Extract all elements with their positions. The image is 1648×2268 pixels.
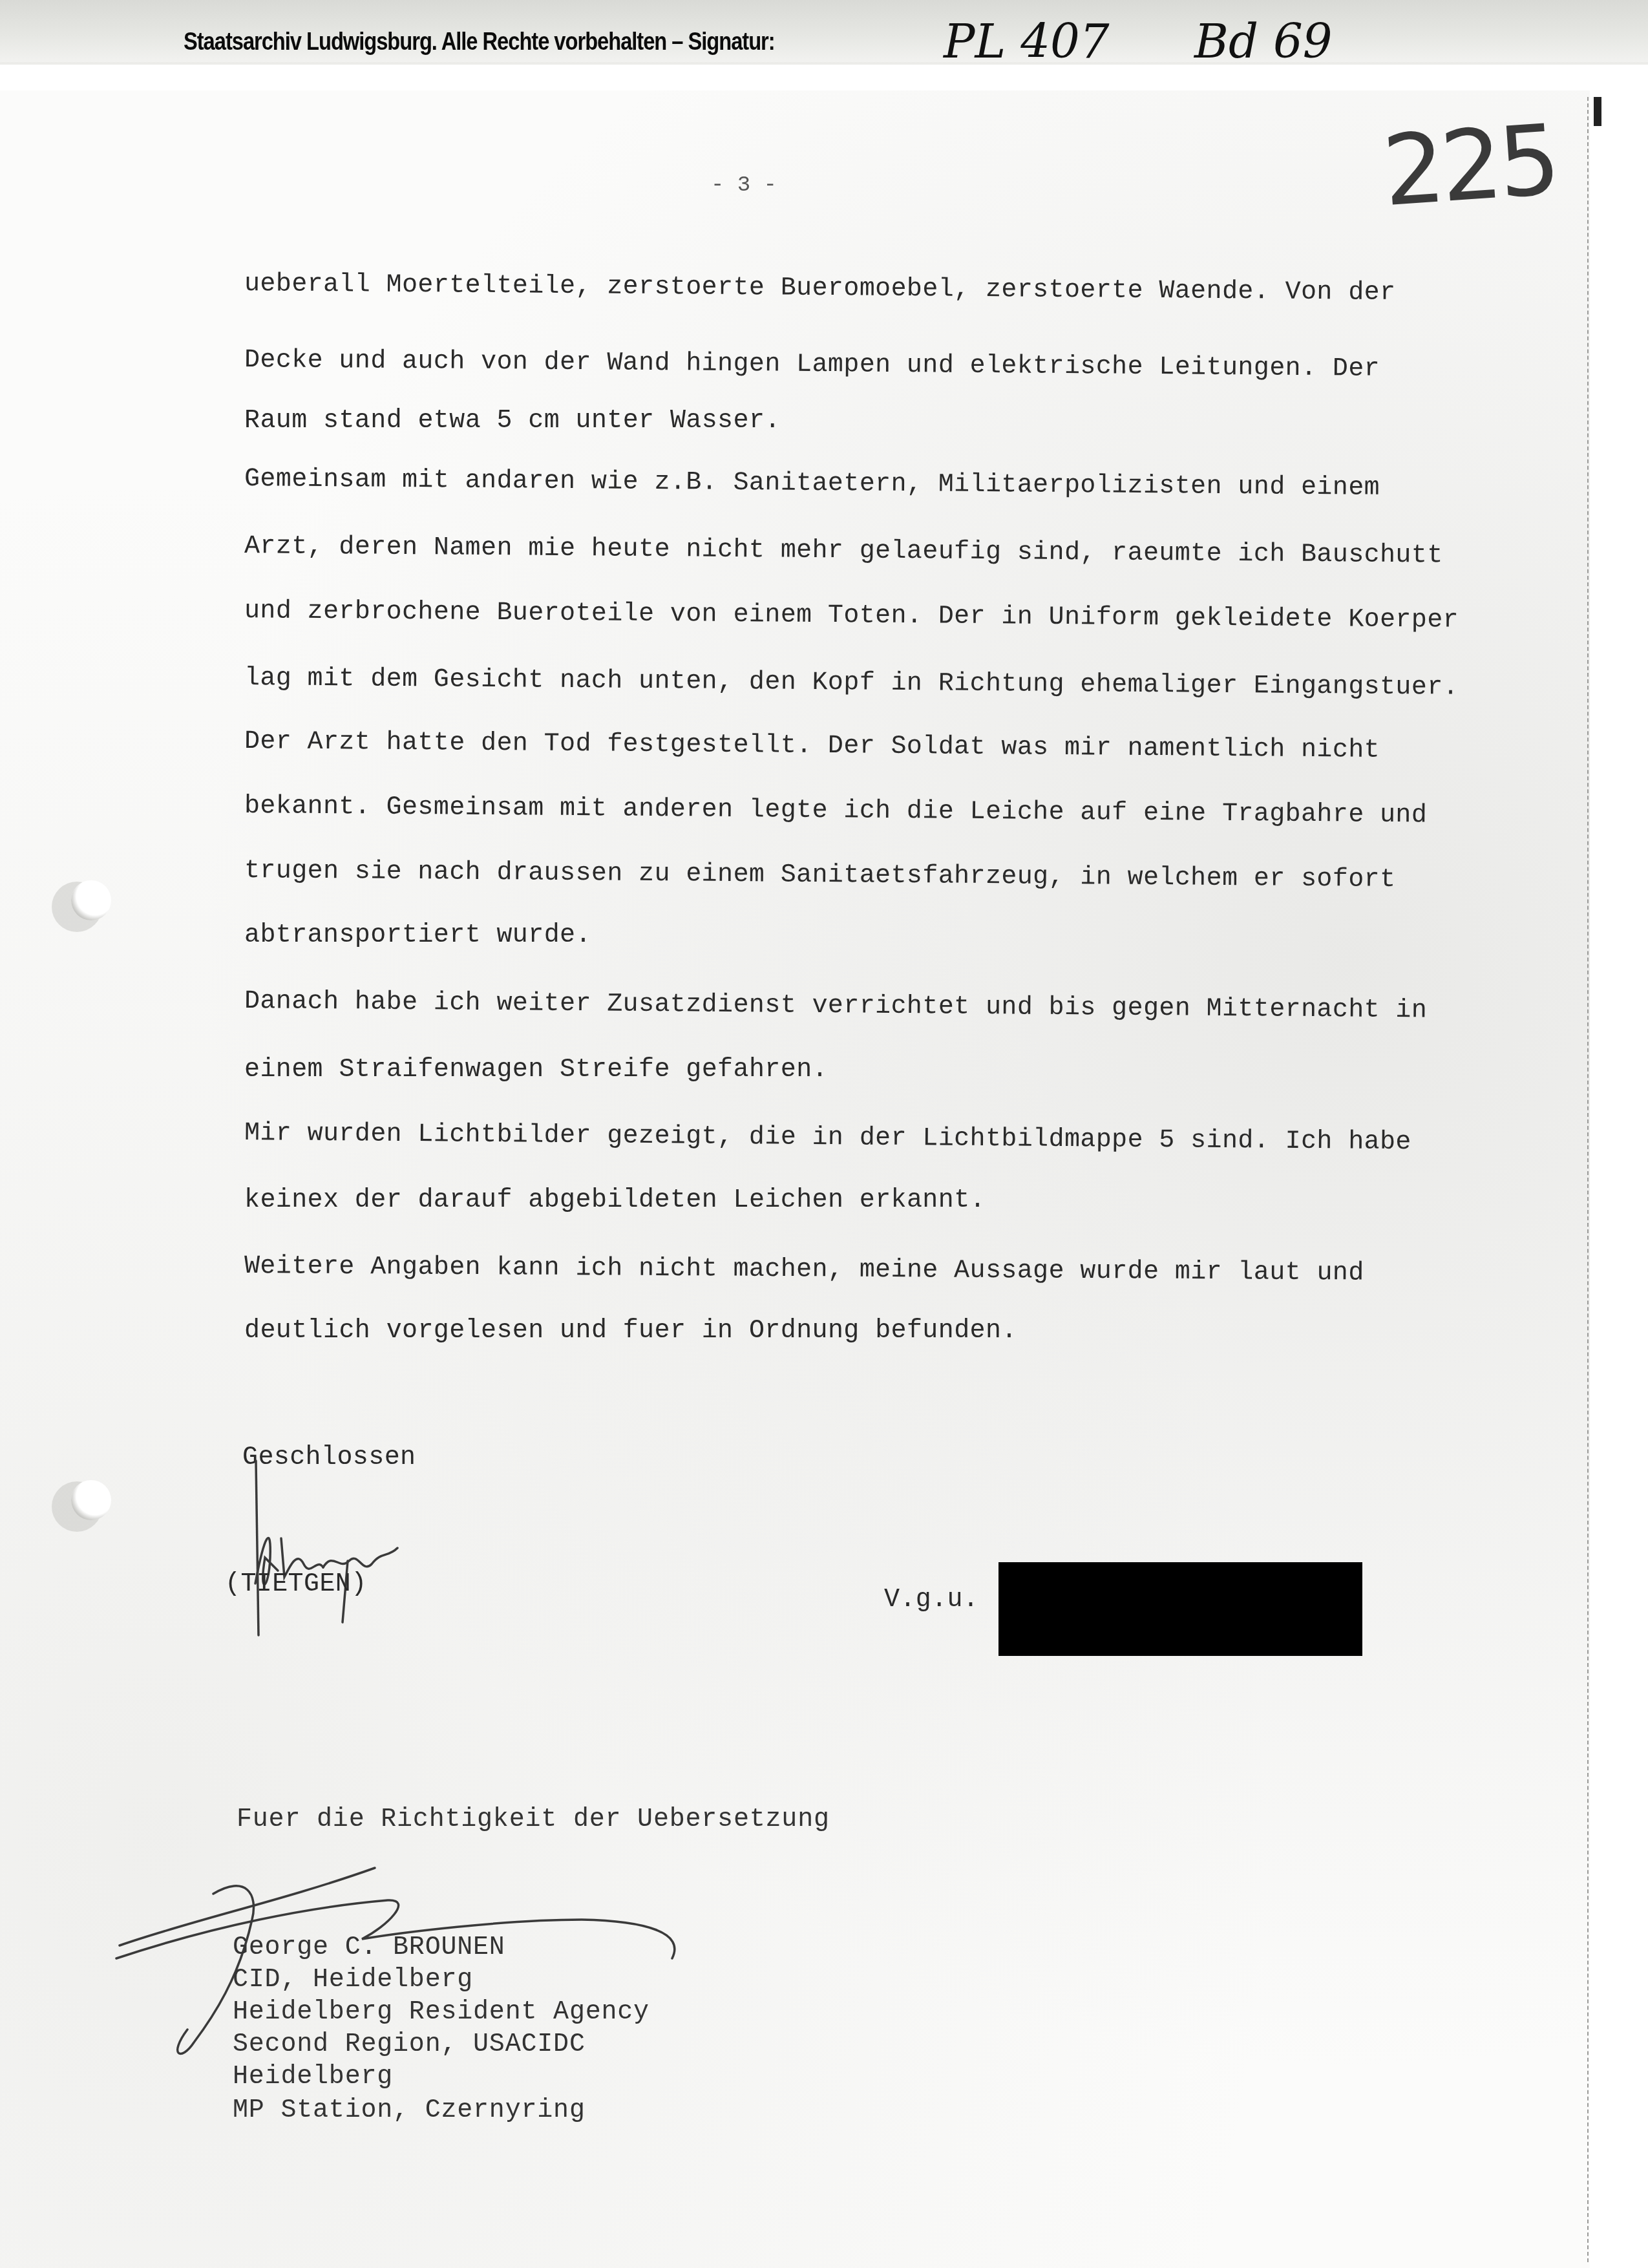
witness-signature — [220, 1454, 465, 1648]
folio-number: 225 — [1379, 104, 1560, 228]
translator-name: George C. BROUNEN — [233, 1935, 505, 1961]
binding-mark — [1594, 97, 1601, 126]
body-line: einem Straifenwagen Streife gefahren. — [244, 1057, 828, 1083]
body-line: keinex der darauf abgebildeten Leichen e… — [244, 1188, 986, 1214]
translator-unit: CID, Heidelberg — [233, 1967, 473, 1993]
body-line: deutlich vorgelesen und fuer in Ordnung … — [244, 1319, 1017, 1344]
page-number: - 3 - — [711, 173, 777, 198]
signatur-bestand: PL 407 — [944, 14, 1110, 69]
vgu-label: V.g.u. — [884, 1587, 978, 1613]
archive-copyright-label: Staatsarchiv Ludwigsburg. Alle Rechte vo… — [184, 28, 775, 56]
punch-hole — [71, 880, 111, 920]
translator-agency: Heidelberg Resident Agency — [233, 2000, 650, 2026]
redaction-block — [998, 1562, 1362, 1656]
translator-station: MP Station, Czernyring — [233, 2098, 586, 2124]
translator-city: Heidelberg — [233, 2064, 393, 2090]
binding-edge — [1587, 97, 1592, 2262]
punch-hole — [71, 1480, 111, 1520]
translation-note: Fuer die Richtigkeit der Uebersetzung — [237, 1807, 830, 1833]
witness-name: (TIETGEN) — [225, 1572, 367, 1598]
translator-region: Second Region, USACIDC — [233, 2032, 586, 2058]
body-line: Weitere Angaben kann ich nicht machen, m… — [244, 1254, 1364, 1287]
signatur-band: Bd 69 — [1194, 14, 1333, 69]
body-line: abtransportiert wurde. — [244, 923, 591, 949]
body-line: Raum stand etwa 5 cm unter Wasser. — [244, 408, 781, 434]
